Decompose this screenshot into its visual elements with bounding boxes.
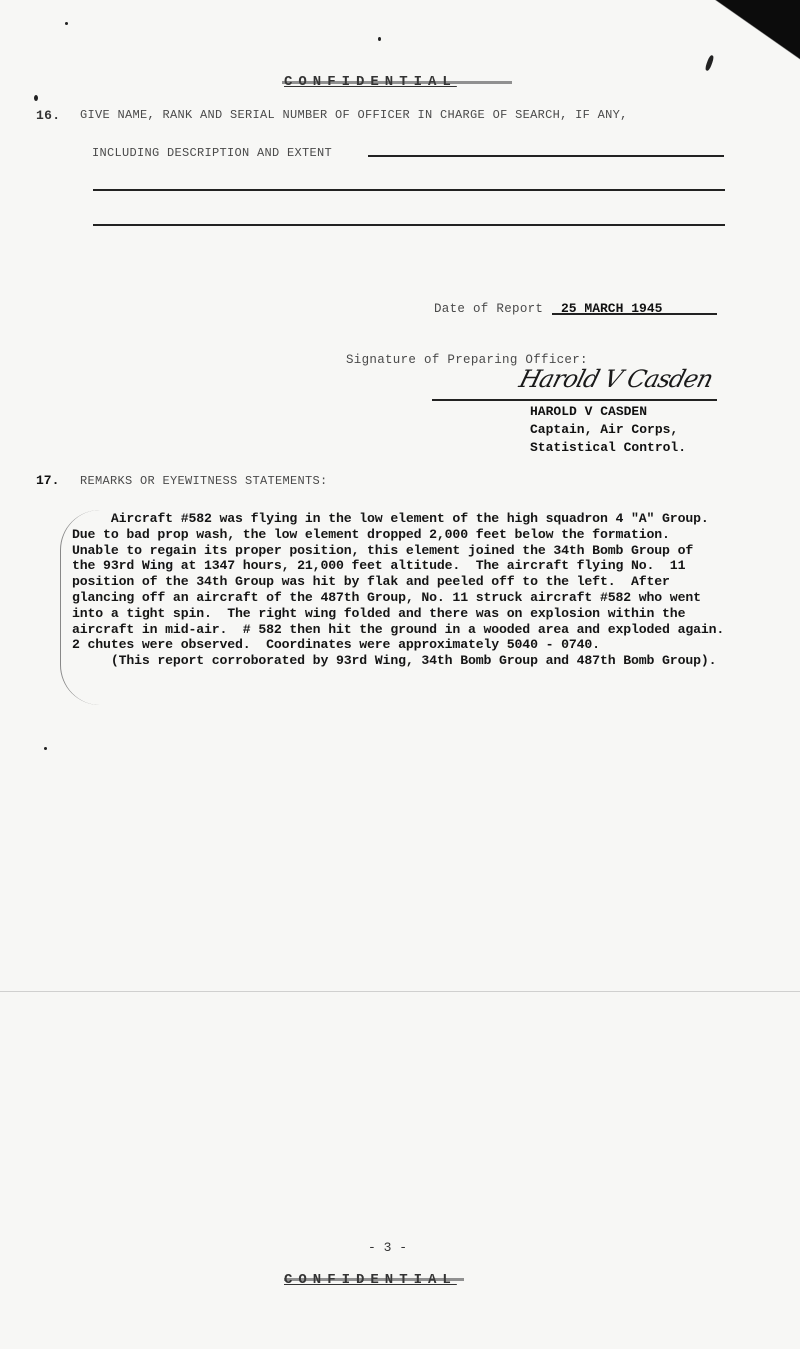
classification-footer-strike — [284, 1278, 464, 1281]
remarks-line: Due to bad prop wash, the low element dr… — [72, 527, 772, 543]
remarks-line: the 93rd Wing at 1347 hours, 21,000 feet… — [72, 558, 772, 574]
scan-speck — [65, 22, 68, 25]
document-page: CONFIDENTIAL 16. GIVE NAME, RANK AND SER… — [0, 0, 800, 1349]
section-17-heading: REMARKS OR EYEWITNESS STATEMENTS: — [80, 474, 328, 488]
section-16-prompt-line2: INCLUDING DESCRIPTION AND EXTENT — [92, 146, 332, 160]
section-16-answer-line-1[interactable] — [368, 155, 724, 157]
scan-speck — [44, 747, 47, 750]
remarks-statement: Aircraft #582 was flying in the low elem… — [72, 511, 772, 669]
officer-unit: Statistical Control. — [530, 440, 686, 455]
classification-strike — [282, 81, 512, 84]
signature-line — [432, 399, 717, 401]
remarks-line: aircraft in mid-air. # 582 then hit the … — [72, 622, 772, 638]
date-underline — [552, 313, 717, 315]
officer-rank: Captain, Air Corps, — [530, 422, 678, 437]
page-number: - 3 - — [368, 1240, 407, 1255]
section-17-number: 17. — [36, 473, 59, 488]
officer-name: HAROLD V CASDEN — [530, 404, 647, 419]
section-16-answer-line-2[interactable] — [93, 189, 725, 191]
scan-speck — [378, 37, 381, 41]
section-16-prompt-line1: GIVE NAME, RANK AND SERIAL NUMBER OF OFF… — [80, 108, 628, 122]
remarks-line: glancing off an aircraft of the 487th Gr… — [72, 590, 772, 606]
remarks-line: into a tight spin. The right wing folded… — [72, 606, 772, 622]
remarks-line: 2 chutes were observed. Coordinates were… — [72, 637, 772, 653]
remarks-line: Unable to regain its proper position, th… — [72, 543, 772, 559]
remarks-line: (This report corroborated by 93rd Wing, … — [72, 653, 772, 669]
paper-fold-line — [0, 991, 800, 992]
scan-corner-shadow — [700, 0, 800, 60]
section-16-answer-line-3[interactable] — [93, 224, 725, 226]
officer-signature: Harold V Casden — [516, 365, 715, 393]
section-16-number: 16. — [36, 108, 60, 123]
remarks-line: position of the 34th Group was hit by fl… — [72, 574, 772, 590]
remarks-line: Aircraft #582 was flying in the low elem… — [72, 511, 772, 527]
scan-speck — [34, 95, 38, 101]
date-of-report-label: Date of Report — [434, 302, 543, 316]
